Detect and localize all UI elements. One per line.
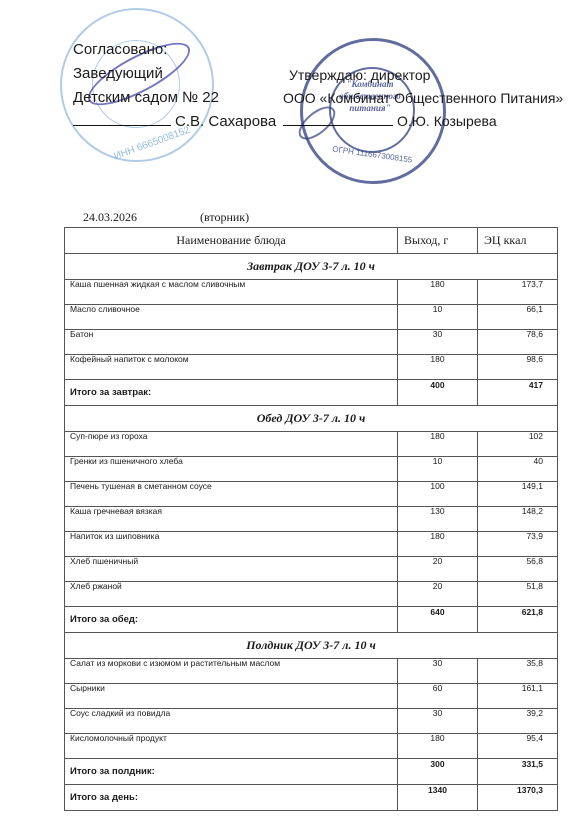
- total-kcal: 331,5: [478, 759, 558, 785]
- day-total-label: Итого за день:: [65, 785, 398, 811]
- dish-kcal: 56,8: [478, 557, 558, 582]
- day-total-kcal: 1370,3: [478, 785, 558, 811]
- section-title: Завтрак ДОУ 3-7 л. 10 ч: [65, 254, 558, 280]
- day-total-row: Итого за день:13401370,3: [65, 785, 558, 811]
- dish-name: Хлеб пшеничный: [65, 557, 398, 582]
- dish-kcal: 66,1: [478, 305, 558, 330]
- table-row: Батон3078,6: [65, 330, 558, 355]
- approval-right-title: Утверждаю: директор: [283, 64, 563, 87]
- header-kcal: ЭЦ ккал: [478, 228, 558, 254]
- dish-kcal: 35,8: [478, 659, 558, 684]
- total-yield: 400: [398, 380, 478, 406]
- dish-name: Каша гречневая вязкая: [65, 507, 398, 532]
- section-title: Обед ДОУ 3-7 л. 10 ч: [65, 406, 558, 432]
- table-row: Кисломолочный продукт18095,4: [65, 734, 558, 759]
- dish-name: Кофейный напиток с молоком: [65, 355, 398, 380]
- menu-table: Наименование блюда Выход, г ЭЦ ккал Завт…: [64, 227, 558, 811]
- approval-left-position: Заведующий: [73, 62, 276, 86]
- table-row: Соус сладкий из повидла3039,2: [65, 709, 558, 734]
- dish-name: Салат из моркови с изюмом и растительным…: [65, 659, 398, 684]
- dish-kcal: 51,8: [478, 582, 558, 607]
- approval-right-organization: ООО «Комбинат Общественного Питания»: [283, 87, 563, 110]
- dish-name: Масло сливочное: [65, 305, 398, 330]
- section-total-row: Итого за завтрак:400417: [65, 380, 558, 406]
- table-row: Каша гречневая вязкая130148,2: [65, 507, 558, 532]
- dish-yield: 10: [398, 305, 478, 330]
- day-total-yield: 1340: [398, 785, 478, 811]
- dish-name: Хлеб ржаной: [65, 582, 398, 607]
- section-header-row: Завтрак ДОУ 3-7 л. 10 ч: [65, 254, 558, 280]
- dish-yield: 30: [398, 330, 478, 355]
- dish-name: Суп-пюре из гороха: [65, 432, 398, 457]
- table-row: Гренки из пшеничного хлеба1040: [65, 457, 558, 482]
- dish-kcal: 161,1: [478, 684, 558, 709]
- dish-kcal: 173,7: [478, 280, 558, 305]
- total-label: Итого за завтрак:: [65, 380, 398, 406]
- dish-yield: 180: [398, 532, 478, 557]
- table-row: Каша пшенная жидкая с маслом сливочным18…: [65, 280, 558, 305]
- approval-block-right: Утверждаю: директор ООО «Комбинат Общест…: [283, 64, 563, 133]
- dish-yield: 20: [398, 582, 478, 607]
- table-row: Печень тушеная в сметанном соусе100149,1: [65, 482, 558, 507]
- dish-kcal: 73,9: [478, 532, 558, 557]
- section-total-row: Итого за полдник:300331,5: [65, 759, 558, 785]
- dish-kcal: 102: [478, 432, 558, 457]
- dish-kcal: 95,4: [478, 734, 558, 759]
- dish-name: Батон: [65, 330, 398, 355]
- section-title: Полдник ДОУ 3-7 л. 10 ч: [65, 633, 558, 659]
- dish-yield: 180: [398, 355, 478, 380]
- table-row: Кофейный напиток с молоком18098,6: [65, 355, 558, 380]
- table-row: Хлеб пшеничный2056,8: [65, 557, 558, 582]
- dish-name: Гренки из пшеничного хлеба: [65, 457, 398, 482]
- dish-yield: 30: [398, 709, 478, 734]
- table-row: Хлеб ржаной2051,8: [65, 582, 558, 607]
- approval-left-title: Согласовано:: [73, 38, 276, 62]
- table-header-row: Наименование блюда Выход, г ЭЦ ккал: [65, 228, 558, 254]
- dish-name: Кисломолочный продукт: [65, 734, 398, 759]
- dish-yield: 10: [398, 457, 478, 482]
- dish-kcal: 98,6: [478, 355, 558, 380]
- dish-kcal: 149,1: [478, 482, 558, 507]
- header-yield: Выход, г: [398, 228, 478, 254]
- total-label: Итого за обед:: [65, 607, 398, 633]
- dish-yield: 30: [398, 659, 478, 684]
- table-row: Салат из моркови с изюмом и растительным…: [65, 659, 558, 684]
- menu-date-line: 24.03.2026 (вторник): [83, 210, 249, 225]
- menu-date: 24.03.2026: [83, 210, 137, 224]
- signature-line-left: [73, 125, 171, 126]
- section-header-row: Полдник ДОУ 3-7 л. 10 ч: [65, 633, 558, 659]
- approval-block-left: Согласовано: Заведующий Детским садом № …: [73, 38, 276, 134]
- dish-yield: 180: [398, 432, 478, 457]
- dish-kcal: 78,6: [478, 330, 558, 355]
- dish-kcal: 39,2: [478, 709, 558, 734]
- dish-kcal: 40: [478, 457, 558, 482]
- total-kcal: 417: [478, 380, 558, 406]
- table-row: Суп-пюре из гороха180102: [65, 432, 558, 457]
- total-yield: 300: [398, 759, 478, 785]
- dish-name: Печень тушеная в сметанном соусе: [65, 482, 398, 507]
- dish-yield: 100: [398, 482, 478, 507]
- dish-name: Напиток из шиповника: [65, 532, 398, 557]
- table-row: Масло сливочное1066,1: [65, 305, 558, 330]
- dish-kcal: 148,2: [478, 507, 558, 532]
- dish-yield: 60: [398, 684, 478, 709]
- menu-weekday: (вторник): [200, 210, 249, 224]
- dish-yield: 130: [398, 507, 478, 532]
- total-label: Итого за полдник:: [65, 759, 398, 785]
- dish-name: Каша пшенная жидкая с маслом сливочным: [65, 280, 398, 305]
- table-row: Сырники60161,1: [65, 684, 558, 709]
- dish-yield: 20: [398, 557, 478, 582]
- table-row: Напиток из шиповника18073,9: [65, 532, 558, 557]
- approval-left-organization: Детским садом № 22: [73, 86, 276, 110]
- dish-yield: 180: [398, 280, 478, 305]
- section-total-row: Итого за обед:640621,8: [65, 607, 558, 633]
- header-dish-name: Наименование блюда: [65, 228, 398, 254]
- approval-right-signer: О.Ю. Козырева: [397, 113, 497, 129]
- total-yield: 640: [398, 607, 478, 633]
- total-kcal: 621,8: [478, 607, 558, 633]
- dish-name: Соус сладкий из повидла: [65, 709, 398, 734]
- dish-name: Сырники: [65, 684, 398, 709]
- signature-line-right: [283, 125, 393, 126]
- dish-yield: 180: [398, 734, 478, 759]
- section-header-row: Обед ДОУ 3-7 л. 10 ч: [65, 406, 558, 432]
- approval-left-signer: С.В. Сахарова: [175, 113, 276, 130]
